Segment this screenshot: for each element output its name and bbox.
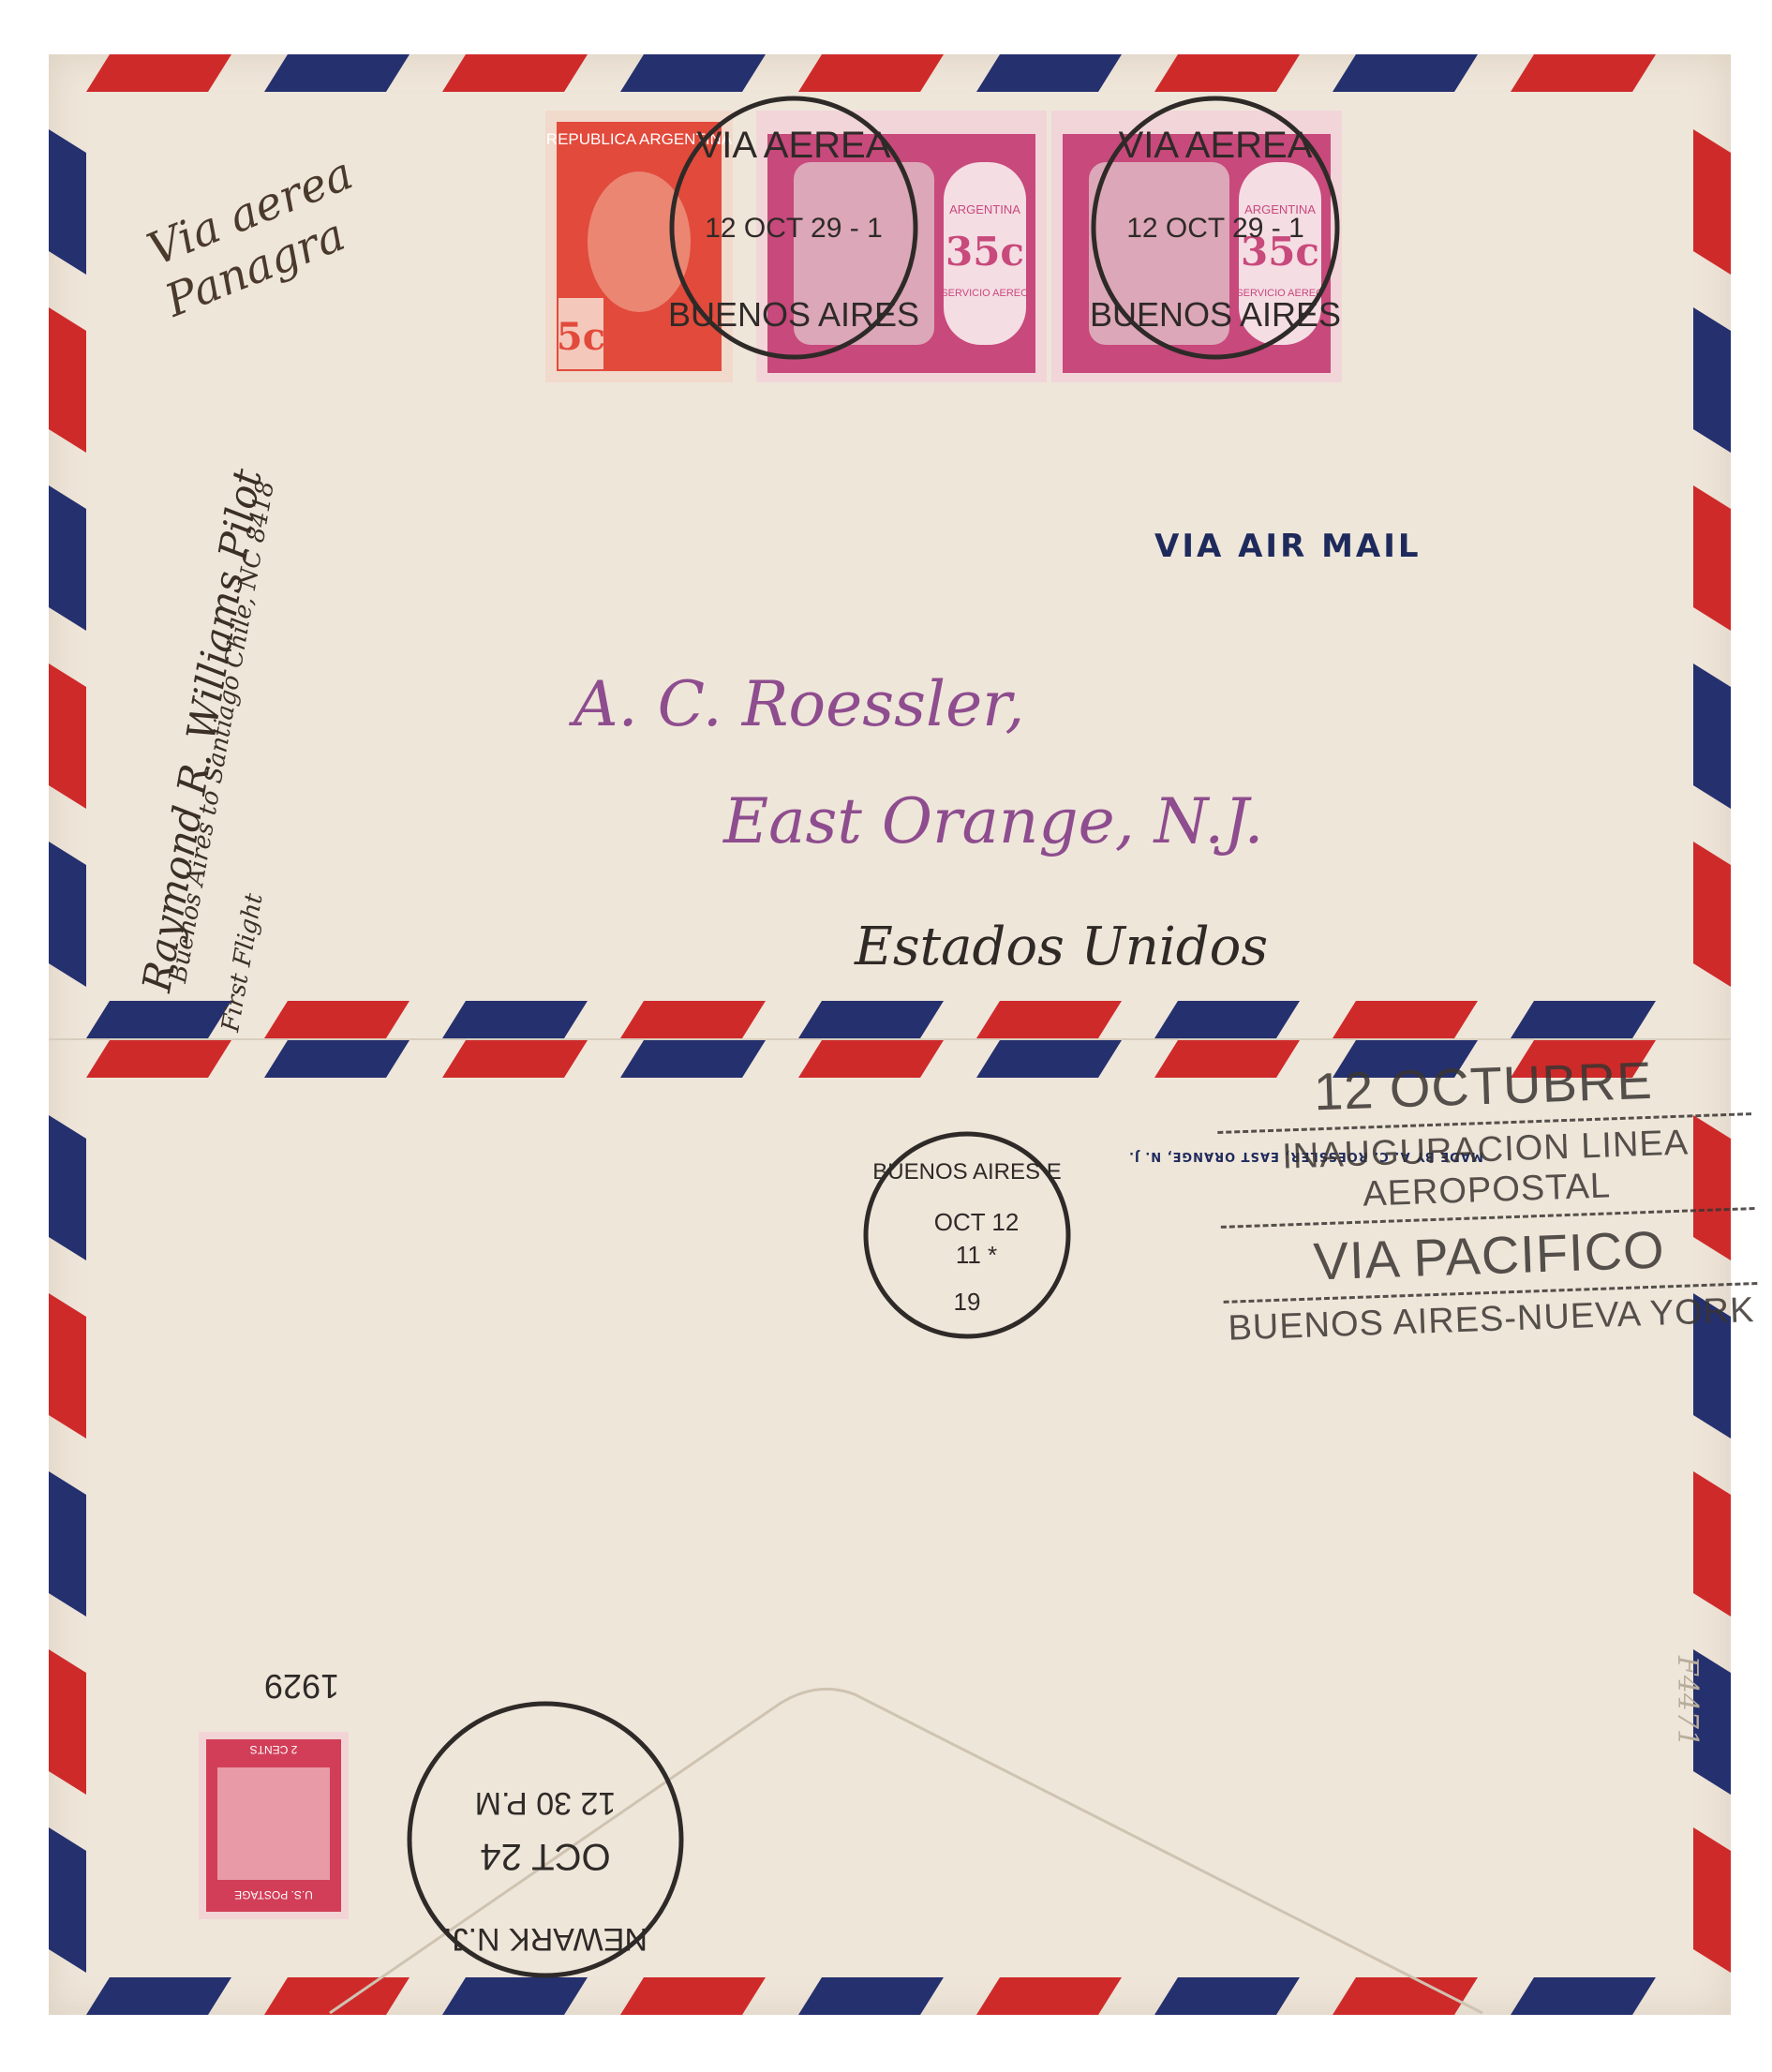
pencil-catalog-note: F4471: [1671, 1656, 1704, 1747]
cancel-via-aerea-2: VIA AEREA 12 OCT 29 - 1 BUENOS AIRES: [1080, 92, 1351, 364]
svg-text:VIA AEREA: VIA AEREA: [697, 125, 891, 166]
us-2c-valley-forge-stamp: U.S. POSTAGE 2 CENTS: [199, 1732, 349, 1919]
address-name: A. C. Roessler,: [573, 668, 1024, 740]
svg-text:NEWARK N.J.: NEWARK N.J.: [443, 1921, 648, 1957]
svg-text:ARGENTINA: ARGENTINA: [949, 202, 1020, 216]
svg-text:12 OCT 29 - 1: 12 OCT 29 - 1: [705, 213, 883, 244]
svg-text:VIA AEREA: VIA AEREA: [1119, 125, 1313, 166]
svg-text:35c: 35c: [946, 229, 1024, 275]
envelope-fold: [49, 1038, 1731, 1040]
svg-text:12 30 P.M: 12 30 P.M: [475, 1785, 617, 1821]
svg-text:2 CENTS: 2 CENTS: [250, 1743, 298, 1756]
svg-text:19: 19: [954, 1288, 981, 1316]
svg-text:BUENOS AIRES: BUENOS AIRES: [1090, 295, 1341, 334]
cancel-via-aerea-1: VIA AEREA 12 OCT 29 - 1 BUENOS AIRES: [658, 92, 930, 364]
envelope: REPUBLICA ARGENTINA 5c ARGENTINA 35c SER…: [49, 54, 1731, 2015]
via-air-mail-label: VIA AIR MAIL: [1154, 528, 1422, 565]
svg-text:SERVICIO AEREO: SERVICIO AEREO: [941, 288, 1029, 299]
svg-text:OCT 12: OCT 12: [934, 1208, 1020, 1236]
svg-text:BUENOS AIRES E: BUENOS AIRES E: [872, 1159, 1061, 1185]
address-country: Estados Unidos: [855, 917, 1268, 977]
svg-text:U.S. POSTAGE: U.S. POSTAGE: [234, 1888, 313, 1901]
newark-cds: NEWARK N.J. OCT 24 12 30 P.M: [395, 1685, 695, 1994]
address-city: East Orange, N.J.: [723, 785, 1264, 857]
svg-text:BUENOS AIRES: BUENOS AIRES: [668, 295, 919, 334]
svg-text:11 *: 11 *: [956, 1241, 997, 1269]
buenos-aires-cds: BUENOS AIRES E OCT 12 11 * 19: [855, 1123, 1080, 1348]
slogan-cancel: 12 OCTUBRE INAUGURACION LINEA AEROPOSTAL…: [1215, 1040, 1760, 1359]
newark-year: 1929: [264, 1666, 339, 1706]
slogan-line-2: INAUGURACION LINEA AEROPOSTAL: [1217, 1112, 1754, 1226]
svg-text:OCT 24: OCT 24: [480, 1836, 610, 1877]
svg-text:5c: 5c: [557, 315, 605, 359]
svg-text:12 OCT 29 - 1: 12 OCT 29 - 1: [1126, 213, 1304, 244]
